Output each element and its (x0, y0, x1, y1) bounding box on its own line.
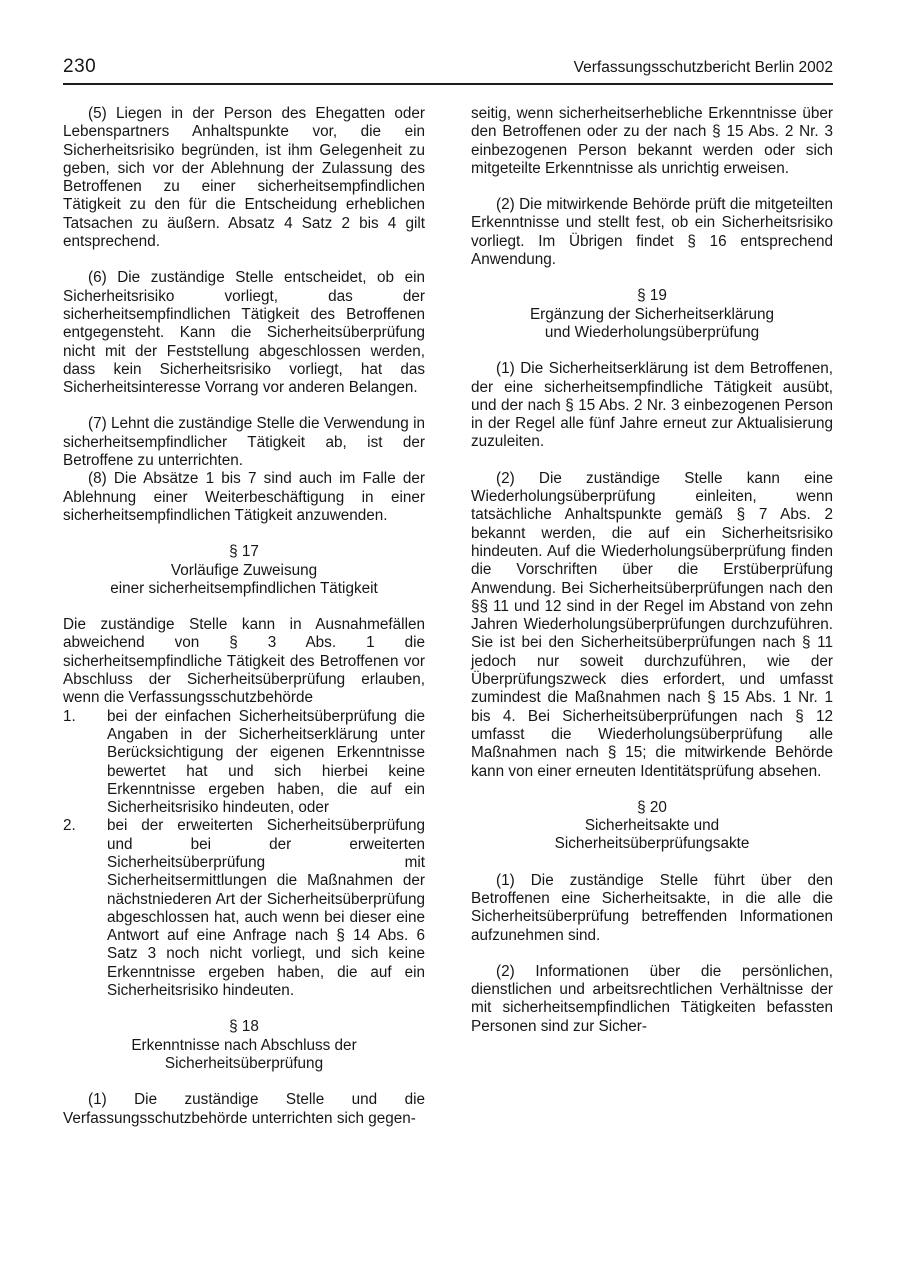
list-item-number: 2. (63, 817, 107, 1000)
section-heading: § 19Ergänzung der Sicherheitserklärungun… (471, 287, 833, 342)
header-rule (63, 83, 833, 85)
section-heading-line: § 19 (471, 287, 833, 305)
list-item-text: bei der einfachen Sicherheitsüberprüfung… (107, 708, 425, 818)
paragraph: (1) Die Sicherheitserklärung ist dem Bet… (471, 360, 833, 451)
section-heading-line: Vorläufige Zuweisung (63, 562, 425, 580)
page-number: 230 (63, 56, 96, 78)
document-page: 230 Verfassungsschutzbericht Berlin 2002… (0, 0, 900, 1273)
paragraph: seitig, wenn sicherheitserhebliche Erken… (471, 105, 833, 178)
section-heading-line: Sicherheitsakte und (471, 817, 833, 835)
section-heading-line: § 20 (471, 799, 833, 817)
paragraph: (1) Die zuständige Stelle und die Verfas… (63, 1091, 425, 1128)
paragraph: Die zuständige Stelle kann in Ausnahmefä… (63, 616, 425, 707)
paragraph: (5) Liegen in der Person des Ehegatten o… (63, 105, 425, 251)
numbered-list-item: 2.bei der erweiterten Sicherheitsüberprü… (63, 817, 425, 1000)
paragraph: (1) Die zuständige Stelle führt über den… (471, 872, 833, 945)
section-heading-line: Erkenntnisse nach Abschluss der (63, 1037, 425, 1055)
section-heading-line: § 18 (63, 1018, 425, 1036)
section-heading-line: Sicherheitsüberprüfungsakte (471, 835, 833, 853)
section-heading: § 18Erkenntnisse nach Abschluss derSiche… (63, 1018, 425, 1073)
numbered-list-item: 1.bei der einfachen Sicherheitsüberprüfu… (63, 708, 425, 818)
section-heading: § 17Vorläufige Zuweisungeiner sicherheit… (63, 543, 425, 598)
paragraph: (2) Die mitwirkende Behörde prüft die mi… (471, 196, 833, 269)
header-title: Verfassungsschutzbericht Berlin 2002 (574, 59, 833, 77)
paragraph: (6) Die zuständige Stelle entscheidet, o… (63, 269, 425, 397)
text-columns: (5) Liegen in der Person des Ehegatten o… (63, 105, 833, 1146)
right-column: seitig, wenn sicherheitserhebliche Erken… (471, 105, 833, 1146)
section-heading-line: und Wiederholungsüberprüfung (471, 324, 833, 342)
left-column: (5) Liegen in der Person des Ehegatten o… (63, 105, 425, 1146)
page-header: 230 Verfassungsschutzbericht Berlin 2002 (63, 56, 833, 78)
section-heading-line: einer sicherheitsempfindlichen Tätigkeit (63, 580, 425, 598)
section-heading: § 20Sicherheitsakte undSicherheitsüberpr… (471, 799, 833, 854)
paragraph: (2) Informationen über die persönlichen,… (471, 963, 833, 1036)
list-item-number: 1. (63, 708, 107, 818)
section-heading-line: § 17 (63, 543, 425, 561)
section-heading-line: Ergänzung der Sicherheitserklärung (471, 306, 833, 324)
section-heading-line: Sicherheitsüberprüfung (63, 1055, 425, 1073)
paragraph: (8) Die Absätze 1 bis 7 sind auch im Fal… (63, 470, 425, 525)
list-item-text: bei der erweiterten Sicherheitsüberprüfu… (107, 817, 425, 1000)
paragraph: (2) Die zuständige Stelle kann eine Wied… (471, 470, 833, 781)
paragraph: (7) Lehnt die zuständige Stelle die Verw… (63, 415, 425, 470)
